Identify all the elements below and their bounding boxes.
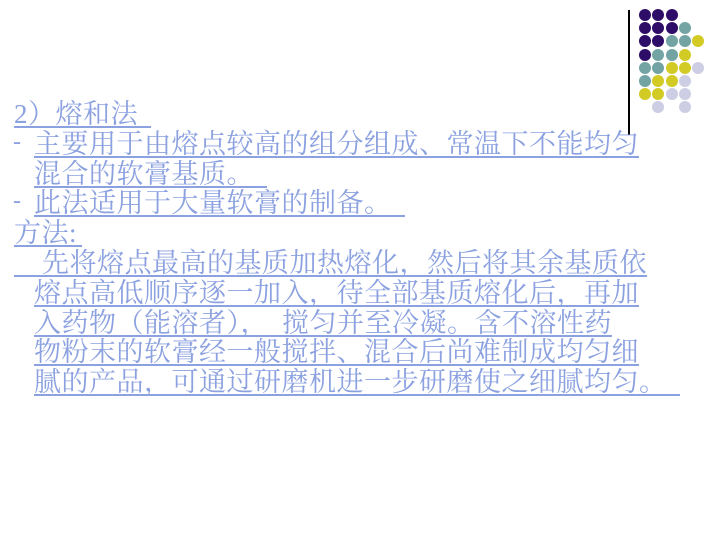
dot xyxy=(692,62,704,74)
method-line: 腻的产品，可通过研磨机进一步研磨使之细腻均匀。 xyxy=(34,368,680,396)
dot xyxy=(679,88,691,100)
slide-canvas: 2）熔和法-主要用于由熔点较高的组分组成、常温下不能均匀混合的软膏基质。-此法适… xyxy=(0,0,720,540)
bullet-line-text: 混合的软膏基质。 xyxy=(34,160,267,188)
dot xyxy=(666,9,678,21)
dot xyxy=(666,35,678,47)
bullet-line-text: 此法适用于大量软膏的制备。 xyxy=(34,189,405,217)
bullet-line-text: 主要用于由熔点较高的组分组成、常温下不能均匀 xyxy=(34,130,639,158)
dot xyxy=(679,75,691,87)
dot xyxy=(652,22,664,34)
method-line-text: 腻的产品，可通过研磨机进一步研磨使之细腻均匀。 xyxy=(34,368,680,396)
dot xyxy=(679,22,691,34)
slide-title: 2）熔和法 xyxy=(14,100,151,128)
method-line-text: 物粉末的软膏经一般搅拌、混合后尚难制成均匀细 xyxy=(34,338,639,366)
dot xyxy=(652,62,664,74)
method-line: 入药物（能溶者）， 搅匀并至冷凝。含不溶性药 xyxy=(34,309,612,337)
dot xyxy=(679,35,691,47)
bullet-line: -此法适用于大量软膏的制备。 xyxy=(34,189,405,217)
dot xyxy=(652,101,664,113)
dot xyxy=(652,49,664,61)
method-line: 先将熔点最高的基质加热熔化，然后将其余基质依 xyxy=(14,249,647,277)
dot xyxy=(652,88,664,100)
dot xyxy=(639,62,651,74)
bullet-line: 混合的软膏基质。 xyxy=(34,160,267,188)
dot xyxy=(652,75,664,87)
dot xyxy=(679,101,691,113)
dot xyxy=(679,49,691,61)
slide-title-text: 2）熔和法 xyxy=(14,100,151,128)
dot xyxy=(666,88,678,100)
dot xyxy=(639,22,651,34)
dot xyxy=(666,75,678,87)
bullet-dash: - xyxy=(13,128,22,156)
dot xyxy=(692,35,704,47)
dot xyxy=(639,9,651,21)
bullet-dash: - xyxy=(13,187,22,215)
method-line: 熔点高低顺序逐一加入，待全部基质熔化后，再加 xyxy=(34,279,639,307)
dot xyxy=(666,49,678,61)
method-label-text: 方法: xyxy=(14,219,82,247)
dot xyxy=(639,49,651,61)
dot xyxy=(639,35,651,47)
method-label: 方法: xyxy=(14,219,82,247)
dot xyxy=(652,9,664,21)
dot xyxy=(666,62,678,74)
dot xyxy=(639,75,651,87)
method-line: 物粉末的软膏经一般搅拌、混合后尚难制成均匀细 xyxy=(34,338,639,366)
dot xyxy=(666,22,678,34)
bullet-line: -主要用于由熔点较高的组分组成、常温下不能均匀 xyxy=(34,130,639,158)
dot xyxy=(652,35,664,47)
method-line-text: 先将熔点最高的基质加热熔化，然后将其余基质依 xyxy=(14,249,647,277)
method-line-text: 入药物（能溶者）， 搅匀并至冷凝。含不溶性药 xyxy=(34,309,612,337)
dots-decoration xyxy=(639,9,714,119)
method-line-text: 熔点高低顺序逐一加入，待全部基质熔化后，再加 xyxy=(34,279,639,307)
dot xyxy=(639,88,651,100)
dot xyxy=(679,62,691,74)
vertical-rule xyxy=(628,10,630,135)
